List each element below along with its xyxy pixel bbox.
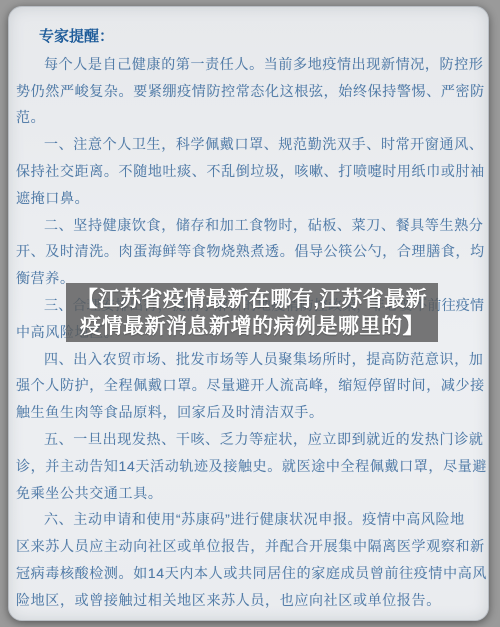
notice-line: 开、及时清洗。肉蛋海鲜等食物烧熟煮透。倡导公筷公勺，合理膳食，均	[16, 238, 484, 265]
notice-line: 强个人防护，全程佩戴口罩。尽量避开人流高峰，缩短停留时间，减少接	[16, 372, 484, 399]
notice-line: 范。	[16, 104, 484, 131]
notice-line: 区来苏人员应主动向社区或单位报告，并配合开展集中隔离医学观察和新	[16, 533, 484, 560]
notice-line: 五、一旦出现发热、干咳、乏力等症状，应立即到就近的发热门诊就	[16, 426, 484, 453]
notice-line: 势仍然严峻复杂。要紧绷疫情防控常态化这根弦，始终保持警惕、严密防	[16, 78, 484, 105]
notice-heading: 专家提醒：	[16, 24, 484, 51]
caption-overlay: 【江苏省疫情最新在哪有,江苏省最新 疫情最新消息新增的病例是哪里的】	[66, 283, 438, 342]
notice-line: 每个人是自己健康的第一责任人。当前多地疫情出现新情况，防控形	[16, 51, 484, 78]
caption-title-line-1: 【江苏省疫情最新在哪有,江苏省最新	[77, 286, 427, 313]
notice-line: 险地区，或曾接触过相关地区来苏人员，也应向社区或单位报告。	[16, 587, 484, 614]
notice-line: 免乘坐公共交通工具。	[16, 480, 484, 507]
caption-title-line-2: 疫情最新消息新增的病例是哪里的】	[80, 313, 424, 340]
notice-line: 六、主动申请和使用“苏康码”进行健康状况申报。疫情中高风险地	[16, 506, 484, 533]
notice-line: 二、坚持健康饮食，储存和加工食物时，砧板、菜刀、餐具等生熟分	[16, 212, 484, 239]
notice-line: 四、出入农贸市场、批发市场等人员聚集场所时，提高防范意识，加	[16, 346, 484, 373]
notice-line: 诊，并主动告知14天活动轨迹及接触史。就医途中全程佩戴口罩，尽量避	[16, 453, 484, 480]
notice-line: 遮掩口鼻。	[16, 185, 484, 212]
notice-line: 触生鱼生肉等食品原料，回家后及时清洁双手。	[16, 399, 484, 426]
notice-line: 保持社交距离。不随地吐痰、不乱倒垃圾，咳嗽、打喷嚏时用纸巾或肘袖	[16, 158, 484, 185]
notice-line: 一、注意个人卫生，科学佩戴口罩、规范勤洗双手、时常开窗通风、	[16, 131, 484, 158]
notice-line: 冠病毒核酸检测。如14天内本人或共同居住的家庭成员曾前往疫情中高风	[16, 560, 484, 587]
